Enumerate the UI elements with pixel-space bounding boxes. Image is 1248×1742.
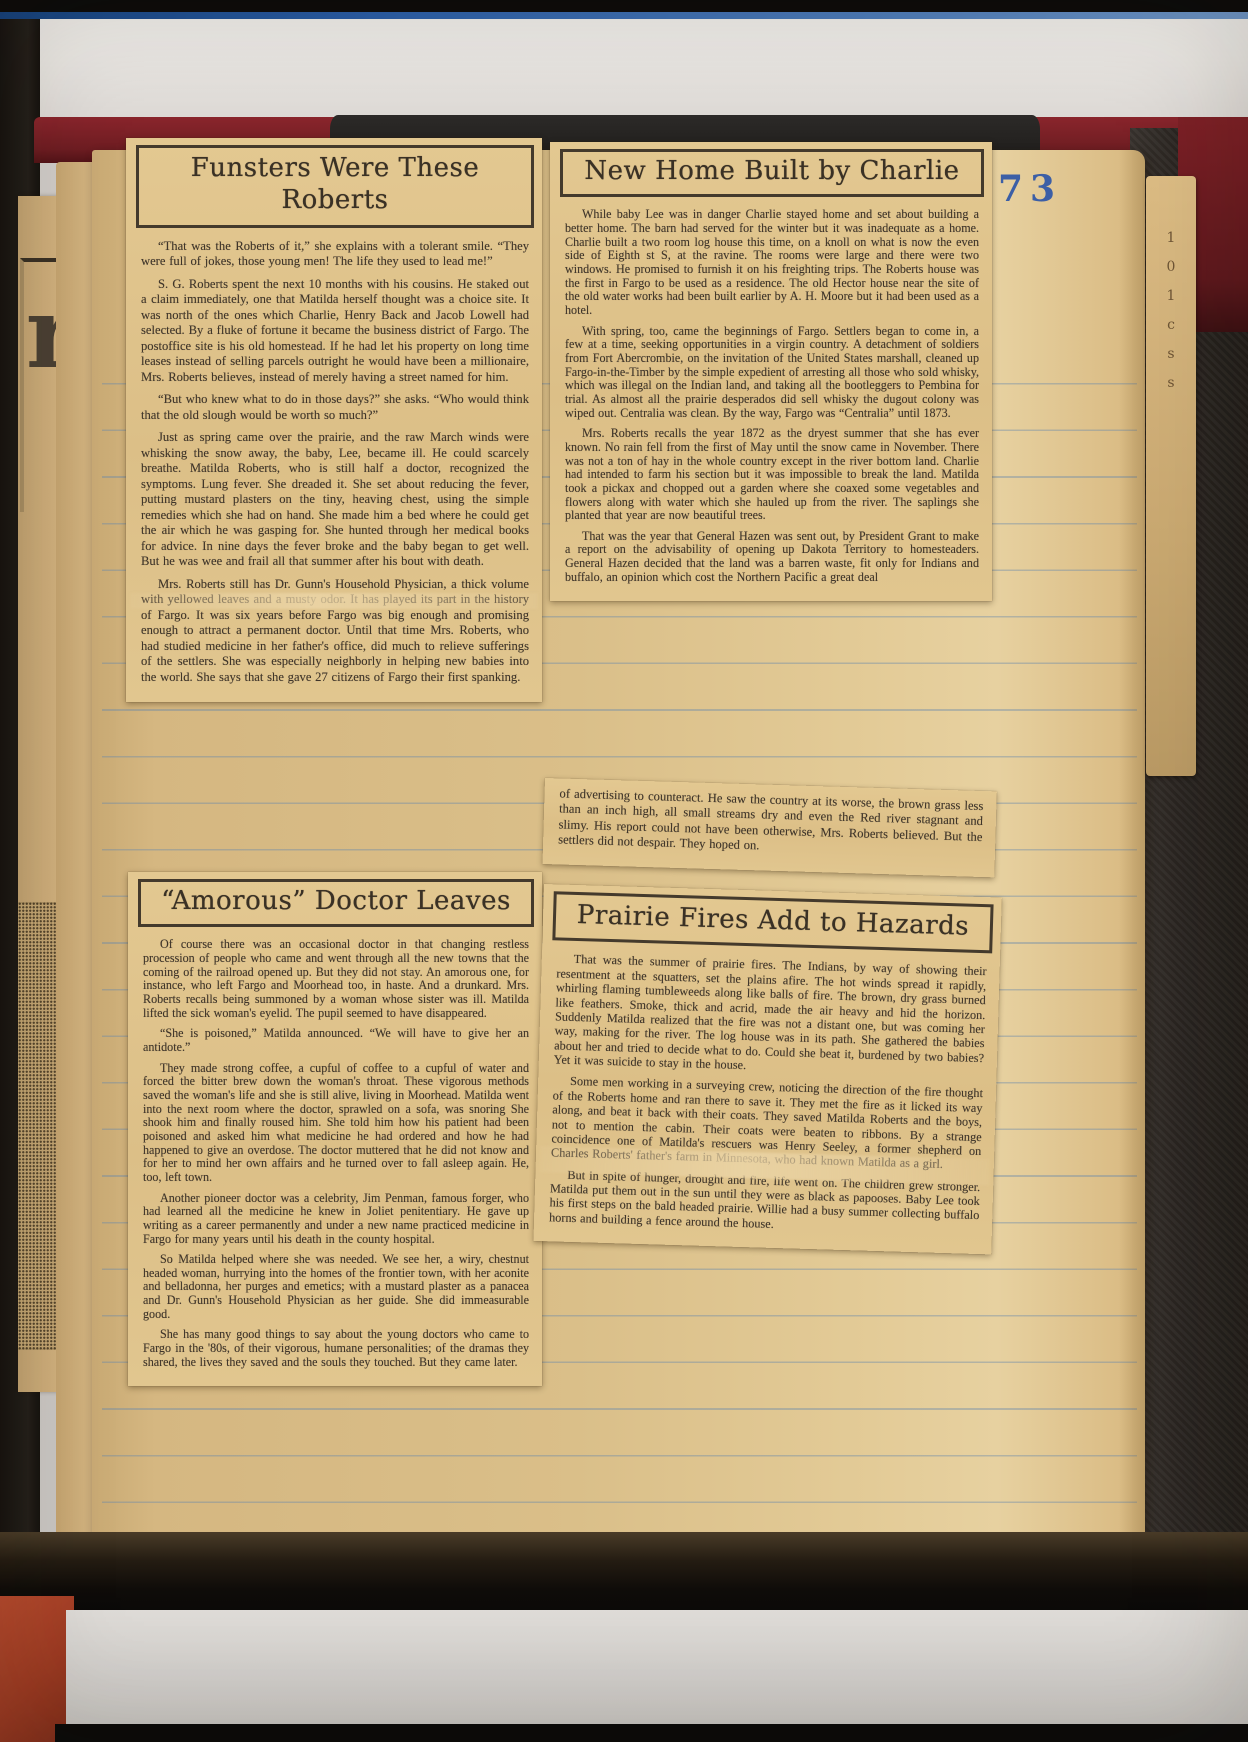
tab-letter: s (1167, 375, 1174, 391)
article-body: “That was the Roberts of it,” she explai… (126, 237, 542, 702)
article-paragraph: “She is poisoned,” Matilda announced. “W… (143, 1027, 529, 1054)
clipping-prairie-fires: Prairie Fires Add to Hazards That was th… (533, 884, 1001, 1255)
page-edge-shading (1119, 150, 1145, 1562)
index-tab: 1 0 1 c s s (1146, 176, 1196, 776)
article-paragraph: Another pioneer doctor was a celebrity, … (143, 1192, 529, 1247)
tab-letter: s (1167, 346, 1174, 362)
article-paragraph: That was the year that General Hazen was… (565, 530, 979, 585)
article-paragraph: That was the summer of prairie fires. Th… (554, 952, 987, 1080)
tab-letter: 1 (1167, 230, 1176, 246)
table-surface (66, 1610, 1248, 1730)
article-paragraph: “That was the Roberts of it,” she explai… (141, 239, 529, 270)
book-bottom-page-edges (0, 1532, 1248, 1614)
article-paragraph: “But who knew what to do in those days?”… (141, 392, 529, 423)
headline-funsters: Funsters Were These Roberts (136, 145, 534, 228)
tab-letter: 1 (1167, 288, 1176, 304)
clipping-continuation: of advertising to counteract. He saw the… (542, 778, 996, 878)
article-paragraph: Just as spring came over the prairie, an… (141, 430, 529, 569)
article-paragraph: With spring, too, came the beginnings of… (565, 325, 979, 421)
article-body: While baby Lee was in danger Charlie sta… (550, 206, 992, 601)
article-paragraph: Some men working in a surveying crew, no… (551, 1074, 983, 1173)
clipping-amorous-doctor: “Amorous” Doctor Leaves Of course there … (128, 872, 542, 1386)
scrapbook-photo: r 73 1 0 1 c s s f e o r t Funsters Were… (0, 0, 1248, 1742)
article-paragraph: S. G. Roberts spent the next 10 months w… (141, 277, 529, 385)
clipping-funsters: Funsters Were These Roberts “That was th… (126, 138, 542, 702)
article-paragraph: So Matilda helped where she was needed. … (143, 1253, 529, 1321)
article-body: That was the summer of prairie fires. Th… (533, 949, 999, 1254)
headline-new-home: New Home Built by Charlie (560, 149, 984, 197)
photo-blue-line (0, 12, 1248, 19)
article-paragraph: of advertising to counteract. He saw the… (558, 786, 984, 860)
article-paragraph: Of course there was an occasional doctor… (143, 938, 529, 1020)
tab-letter: 0 (1167, 259, 1176, 275)
article-body: Of course there was an occasional doctor… (128, 936, 542, 1386)
photo-bottom-border (55, 1724, 1248, 1742)
article-paragraph: They made strong coffee, a cupful of cof… (143, 1062, 529, 1185)
headline-prairie-fires: Prairie Fires Add to Hazards (552, 891, 993, 953)
article-body: of advertising to counteract. He saw the… (542, 778, 996, 878)
clipping-new-home: New Home Built by Charlie While baby Lee… (550, 142, 992, 601)
book-cover-bottom-left (0, 1596, 74, 1742)
article-paragraph: While baby Lee was in danger Charlie sta… (565, 208, 979, 317)
page-number: 73 (998, 168, 1062, 210)
headline-amorous-doctor: “Amorous” Doctor Leaves (138, 879, 534, 927)
article-paragraph: But in spite of hunger, drought and fire… (549, 1167, 981, 1237)
article-paragraph: Mrs. Roberts still has Dr. Gunn's Househ… (141, 577, 529, 685)
article-paragraph: Mrs. Roberts recalls the year 1872 as th… (565, 427, 979, 523)
tab-letter: c (1167, 317, 1175, 333)
article-paragraph: She has many good things to say about th… (143, 1328, 529, 1369)
